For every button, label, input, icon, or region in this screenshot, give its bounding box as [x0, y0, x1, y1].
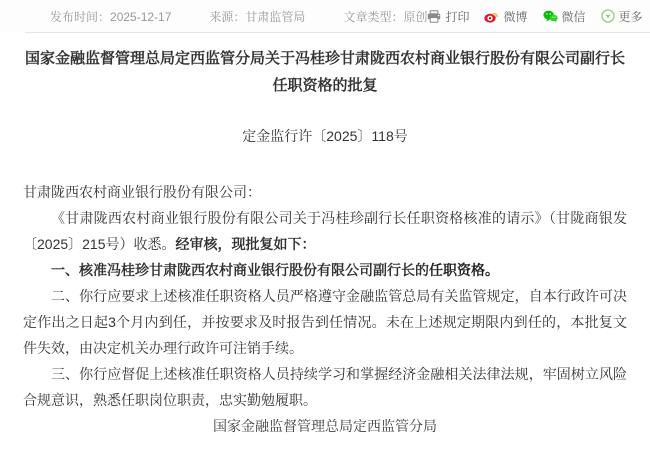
doc-number: 定金监行许〔2025〕118号	[0, 126, 650, 146]
publish-date: 发布时间：2025-12-17	[50, 8, 171, 25]
weibo-icon	[484, 10, 499, 23]
print-button[interactable]: 打印	[427, 8, 469, 25]
source: 来源：甘肃监管局	[209, 8, 305, 25]
source-label: 来源：	[209, 10, 245, 24]
print-label: 打印	[445, 8, 469, 25]
more-label: 更多	[619, 8, 643, 25]
intro-bold-text: 经审核，现批复如下：	[176, 236, 316, 252]
item1-emphasis: 任职资格。	[429, 262, 499, 278]
more-share-button[interactable]: 更多	[601, 8, 643, 25]
item1-text: 一、核准冯桂珍甘肃陇西农村商业银行股份有限公司副行长的	[51, 262, 429, 278]
wechat-icon	[543, 10, 558, 23]
article-meta: 发布时间：2025-12-17 来源：甘肃监管局 文章类型：原创	[50, 8, 427, 25]
more-icon	[601, 9, 615, 23]
weibo-share-button[interactable]: 微博	[484, 8, 527, 25]
weibo-label: 微博	[503, 8, 527, 25]
salutation: 甘肃陇西农村商业银行股份有限公司：	[23, 179, 627, 205]
approval-item-3: 三、你行应督促上述核准任职资格人员持续学习和掌握经济金融相关法律法规，牢固树立风…	[23, 361, 627, 413]
printer-icon	[427, 10, 441, 23]
article-type: 文章类型：原创	[343, 8, 427, 25]
publish-date-value: 2025-12-17	[110, 10, 171, 24]
article-title: 国家金融监督管理总局定西监管分局关于冯桂珍甘肃陇西农村商业银行股份有限公司副行长…	[25, 45, 625, 99]
publish-date-label: 发布时间：	[50, 10, 110, 24]
wechat-label: 微信	[562, 8, 586, 25]
article-type-value: 原创	[403, 10, 427, 24]
source-value: 甘肃监管局	[245, 10, 305, 24]
approval-item-1: 一、核准冯桂珍甘肃陇西农村商业银行股份有限公司副行长的任职资格。	[23, 257, 627, 283]
share-actions: 打印 微博	[427, 8, 642, 25]
wechat-share-button[interactable]: 微信	[543, 8, 586, 25]
intro-text: 《甘肃陇西农村商业银行股份有限公司关于冯桂珍副行长任职资格核准的请示》（甘陇商银…	[23, 210, 627, 252]
article-meta-bar: 发布时间：2025-12-17 来源：甘肃监管局 文章类型：原创 打印	[0, 0, 650, 32]
issuer-signature: 国家金融监督管理总局定西监管分局	[23, 413, 627, 439]
intro-paragraph: 《甘肃陇西农村商业银行股份有限公司关于冯桂珍副行长任职资格核准的请示》（甘陇商银…	[23, 205, 627, 257]
approval-item-2: 二、你行应要求上述核准任职资格人员严格遵守金融监管总局有关监管规定，自本行政许可…	[23, 283, 627, 361]
article-page: 发布时间：2025-12-17 来源：甘肃监管局 文章类型：原创 打印	[0, 0, 650, 439]
article-type-label: 文章类型：	[343, 10, 403, 24]
article-body: 甘肃陇西农村商业银行股份有限公司： 《甘肃陇西农村商业银行股份有限公司关于冯桂珍…	[23, 179, 627, 439]
header-divider	[25, 32, 650, 33]
